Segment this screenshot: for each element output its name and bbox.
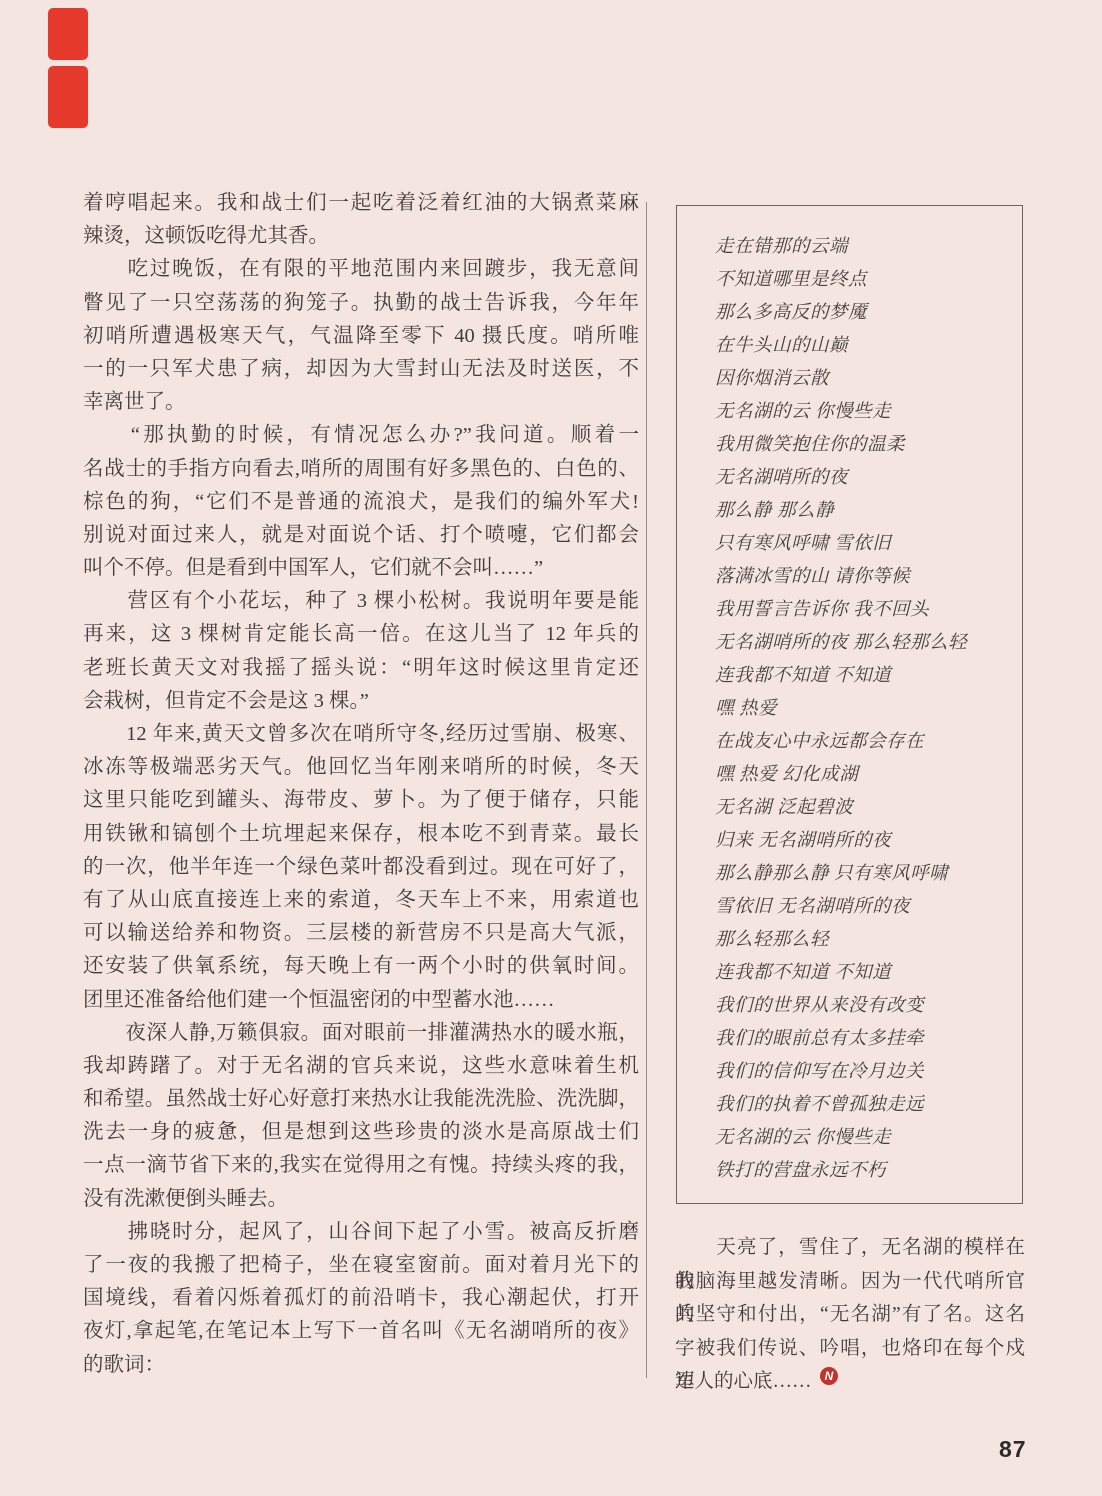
lyric-line: 嘿 热爱 幻化成湖 bbox=[715, 759, 1015, 792]
body-text-line: 夜深人静,万籁俱寂。面对眼前一排灌满热水的暖水瓶， bbox=[83, 1017, 639, 1050]
lyric-line: 那么静 那么静 bbox=[715, 495, 1015, 528]
body-text-line: 拂晓时分，起风了，山谷间下起了小雪。被高反折磨 bbox=[83, 1216, 639, 1249]
body-text-line: 12 年来,黄天文曾多次在哨所守冬,经历过雪崩、极寒、 bbox=[83, 718, 639, 751]
body-text-line: 可以输送给养和物资。三层楼的新营房不只是高大气派， bbox=[83, 917, 639, 950]
body-text-line: 着哼唱起来。我和战士们一起吃着泛着红油的大锅煮菜麻 bbox=[83, 187, 639, 220]
body-text-line: 用铁锹和镐刨个土坑埋起来保存，根本吃不到青菜。最长 bbox=[83, 818, 639, 851]
closing-text-line: 天亮了，雪住了，无名湖的模样在我 bbox=[675, 1231, 1025, 1265]
body-text-line: 别说对面过来人，就是对面说个话、打个喷嚏，它们都会 bbox=[83, 519, 639, 552]
lyric-line: 我用誓言告诉你 我不回头 bbox=[715, 594, 1015, 627]
body-text-line: 幸离世了。 bbox=[83, 386, 639, 419]
lyric-line: 铁打的营盘永远不朽 bbox=[715, 1155, 1015, 1188]
lyric-line: 连我都不知道 不知道 bbox=[715, 660, 1015, 693]
lyric-line: 在牛头山的山巅 bbox=[715, 330, 1015, 363]
body-text-line: 有了从山底直接连上来的索道，冬天车上不来，用索道也 bbox=[83, 884, 639, 917]
lyric-line: 我用微笑抱住你的温柔 bbox=[715, 429, 1015, 462]
lyric-line: 不知道哪里是终点 bbox=[715, 264, 1015, 297]
body-text-line: 会栽树，但肯定不会是这 3 棵。” bbox=[83, 685, 639, 718]
body-text-line: 初哨所遭遇极寒天气，气温降至零下 40 摄氏度。哨所唯 bbox=[83, 320, 639, 353]
body-text-line: 冰冻等极端恶劣天气。他回忆当年刚来哨所的时候，冬天 bbox=[83, 751, 639, 784]
lyric-line: 那么轻那么轻 bbox=[715, 924, 1015, 957]
body-text-line: “那执勤的时候，有情况怎么办?”我问道。顺着一 bbox=[83, 419, 639, 452]
lyric-line: 无名湖的云 你慢些走 bbox=[715, 396, 1015, 429]
body-text-line: 辣烫，这顿饭吃得尤其香。 bbox=[83, 220, 639, 253]
body-text-line: 夜灯,拿起笔,在笔记本上写下一首名叫《无名湖哨所的夜》 bbox=[83, 1315, 639, 1348]
lyrics-text-block: 走在错那的云端 不知道哪里是终点 那么多高反的梦魇 在牛头山的山巅 因你烟消云散… bbox=[715, 231, 1015, 1188]
lyric-line: 因你烟消云散 bbox=[715, 363, 1015, 396]
body-text-line: 这里只能吃到罐头、海带皮、萝卜。为了便于储存，只能 bbox=[83, 784, 639, 817]
body-text-line: 国境线，看着闪烁着孤灯的前沿哨卡，我心潮起伏，打开 bbox=[83, 1282, 639, 1315]
column-divider-rule bbox=[646, 202, 647, 1378]
closing-text-line: 的坚守和付出，“无名湖”有了名。这名 bbox=[675, 1298, 1025, 1332]
body-text-line: 瞥见了一只空荡荡的狗笼子。执勤的战士告诉我，今年年 bbox=[83, 287, 639, 320]
lyric-line: 那么多高反的梦魇 bbox=[715, 297, 1015, 330]
page-edge-red-mark-top bbox=[48, 8, 88, 60]
lyric-line: 我们的执着不曾孤独走远 bbox=[715, 1089, 1015, 1122]
body-text-line: 没有洗漱便倒头睡去。 bbox=[83, 1183, 639, 1216]
closing-text-line: 的脑海里越发清晰。因为一代代哨所官兵 bbox=[675, 1265, 1025, 1299]
body-text-line: 的歌词： bbox=[83, 1349, 639, 1382]
lyric-line: 归来 无名湖哨所的夜 bbox=[715, 825, 1015, 858]
closing-text-line: 军人的心底…… bbox=[675, 1365, 1025, 1399]
lyric-line: 无名湖哨所的夜 bbox=[715, 462, 1015, 495]
body-text-line: 洗去一身的疲惫，但是想到这些珍贵的淡水是高原战士们 bbox=[83, 1116, 639, 1149]
lyric-line: 只有寒风呼啸 雪依旧 bbox=[715, 528, 1015, 561]
closing-text-line: 字被我们传说、吟唱，也烙印在每个戍边 bbox=[675, 1332, 1025, 1366]
body-text-line: 棕色的狗，“它们不是普通的流浪犬，是我们的编外军犬! bbox=[83, 486, 639, 519]
body-text-line: 名战士的手指方向看去,哨所的周围有好多黑色的、白色的、 bbox=[83, 453, 639, 486]
lyric-line: 我们的世界从来没有改变 bbox=[715, 990, 1015, 1023]
lyric-line: 连我都不知道 不知道 bbox=[715, 957, 1015, 990]
body-text-line: 的一次，他半年连一个绿色菜叶都没看到过。现在可好了， bbox=[83, 851, 639, 884]
magazine-page: 着哼唱起来。我和战士们一起吃着泛着红油的大锅煮菜麻 辣烫，这顿饭吃得尤其香。 吃… bbox=[0, 0, 1102, 1496]
body-text-line: 老班长黄天文对我摇了摇头说：“明年这时候这里肯定还 bbox=[83, 652, 639, 685]
article-body-left-column: 着哼唱起来。我和战士们一起吃着泛着红油的大锅煮菜麻 辣烫，这顿饭吃得尤其香。 吃… bbox=[83, 187, 639, 1382]
lyric-line: 在战友心中永远都会存在 bbox=[715, 726, 1015, 759]
body-text-line: 再来，这 3 棵树肯定能长高一倍。在这儿当了 12 年兵的 bbox=[83, 618, 639, 651]
body-text-line: 营区有个小花坛，种了 3 棵小松树。我说明年要是能 bbox=[83, 585, 639, 618]
body-text-line: 我却踌躇了。对于无名湖的官兵来说，这些水意味着生机 bbox=[83, 1050, 639, 1083]
lyric-line: 无名湖的云 你慢些走 bbox=[715, 1122, 1015, 1155]
article-end-mark-icon: N bbox=[820, 1367, 838, 1385]
body-text-line: 团里还准备给他们建一个恒温密闭的中型蓄水池…… bbox=[83, 984, 639, 1017]
body-text-line: 吃过晚饭，在有限的平地范围内来回踱步，我无意间 bbox=[83, 253, 639, 286]
page-number: 87 bbox=[999, 1436, 1027, 1463]
page-edge-red-mark-bottom bbox=[48, 66, 88, 128]
lyric-line: 那么静那么静 只有寒风呼啸 bbox=[715, 858, 1015, 891]
lyric-line: 无名湖 泛起碧波 bbox=[715, 792, 1015, 825]
body-text-line: 了一夜的我搬了把椅子，坐在寝室窗前。面对着月光下的 bbox=[83, 1249, 639, 1282]
lyric-line: 我们的眼前总有太多挂牵 bbox=[715, 1023, 1015, 1056]
lyric-line: 我们的信仰写在冷月边关 bbox=[715, 1056, 1015, 1089]
body-text-line: 和希望。虽然战士好心好意打来热水让我能洗洗脸、洗洗脚， bbox=[83, 1083, 639, 1116]
lyric-line: 无名湖哨所的夜 那么轻那么轻 bbox=[715, 627, 1015, 660]
lyric-line: 嘿 热爱 bbox=[715, 693, 1015, 726]
lyric-line: 落满冰雪的山 请你等候 bbox=[715, 561, 1015, 594]
lyric-line: 雪依旧 无名湖哨所的夜 bbox=[715, 891, 1015, 924]
lyric-line: 走在错那的云端 bbox=[715, 231, 1015, 264]
body-text-line: 一点一滴节省下来的,我实在觉得用之有愧。持续头疼的我， bbox=[83, 1149, 639, 1182]
body-text-line: 还安装了供氧系统，每天晚上有一两个小时的供氧时间。 bbox=[83, 950, 639, 983]
body-text-line: 一的一只军犬患了病，却因为大雪封山无法及时送医，不 bbox=[83, 353, 639, 386]
body-text-line: 叫个不停。但是看到中国军人，它们就不会叫……” bbox=[83, 552, 639, 585]
closing-paragraph: 天亮了，雪住了，无名湖的模样在我 的脑海里越发清晰。因为一代代哨所官兵 的坚守和… bbox=[675, 1231, 1025, 1399]
